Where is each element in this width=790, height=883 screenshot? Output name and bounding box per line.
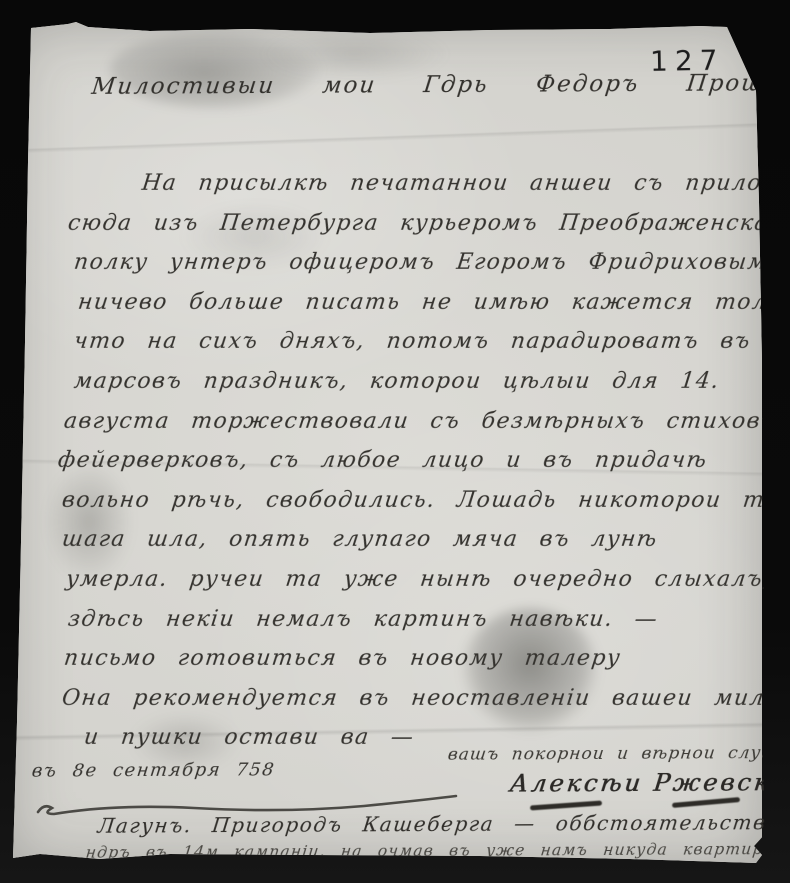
- body-line: умерла. ручеи та уже нынѣ очередно слыха…: [64, 560, 755, 600]
- body-line: вольно рѣчь, свободились. Лошадь никотор…: [60, 481, 755, 521]
- date-line: въ 8е сентября 758: [31, 759, 277, 781]
- body-line: На присылкѣ печатаннои аншеи съ приложен…: [140, 164, 755, 204]
- body-line: сюда изъ Петербурга курьеромъ Преображен…: [66, 204, 755, 244]
- letter-body: На присылкѣ печатаннои аншеи съ приложен…: [40, 164, 752, 758]
- body-line: августа торжествовали съ безмѣрныхъ стих…: [62, 402, 755, 442]
- body-line: марсовъ праздникъ, которои цѣлыи для 14.: [72, 362, 755, 402]
- signature-flourish-right: [672, 797, 740, 807]
- postscript-line-2: ндръ въ 14м кампаніи, на очмав въ уже на…: [85, 840, 776, 862]
- body-line: шага шла, опять глупаго мяча въ лунѣ: [60, 520, 755, 560]
- body-line: ничево больше писать не имѣю кажется тол…: [76, 283, 755, 323]
- body-line: что на сихъ дняхъ, потомъ парадироватъ в…: [72, 322, 755, 362]
- body-line: полку унтеръ офицеромъ Егоромъ Фридрихов…: [72, 243, 755, 283]
- signature-flourish-left: [530, 800, 602, 810]
- letter-page: 127 Милостивыи мои Гдрь Федоръ Прошевичъ…: [10, 22, 762, 864]
- salutation-line: Милостивыи мои Гдрь Федоръ Прошевичъ!: [90, 70, 790, 100]
- body-line: Она рекомендуется въ неоставленіи вашеи …: [60, 679, 755, 719]
- body-line: фейерверковъ, съ любое лицо и въ придачѣ: [56, 441, 755, 481]
- postscript-line-1: Лагунъ. Пригородъ Кашеберга — оббстоятел…: [96, 810, 790, 838]
- body-line: письмо готовиться въ новому талеру: [62, 639, 755, 679]
- closing-line: вашъ покорнои и вѣрнои слуга: [447, 743, 784, 765]
- signature: Алексѣи Ржевскои: [508, 768, 790, 798]
- photo-background: { "letter": { "page_number": "127", "sal…: [0, 0, 790, 883]
- body-line: здѣсь некіи немалъ картинъ навѣки. —: [66, 600, 755, 640]
